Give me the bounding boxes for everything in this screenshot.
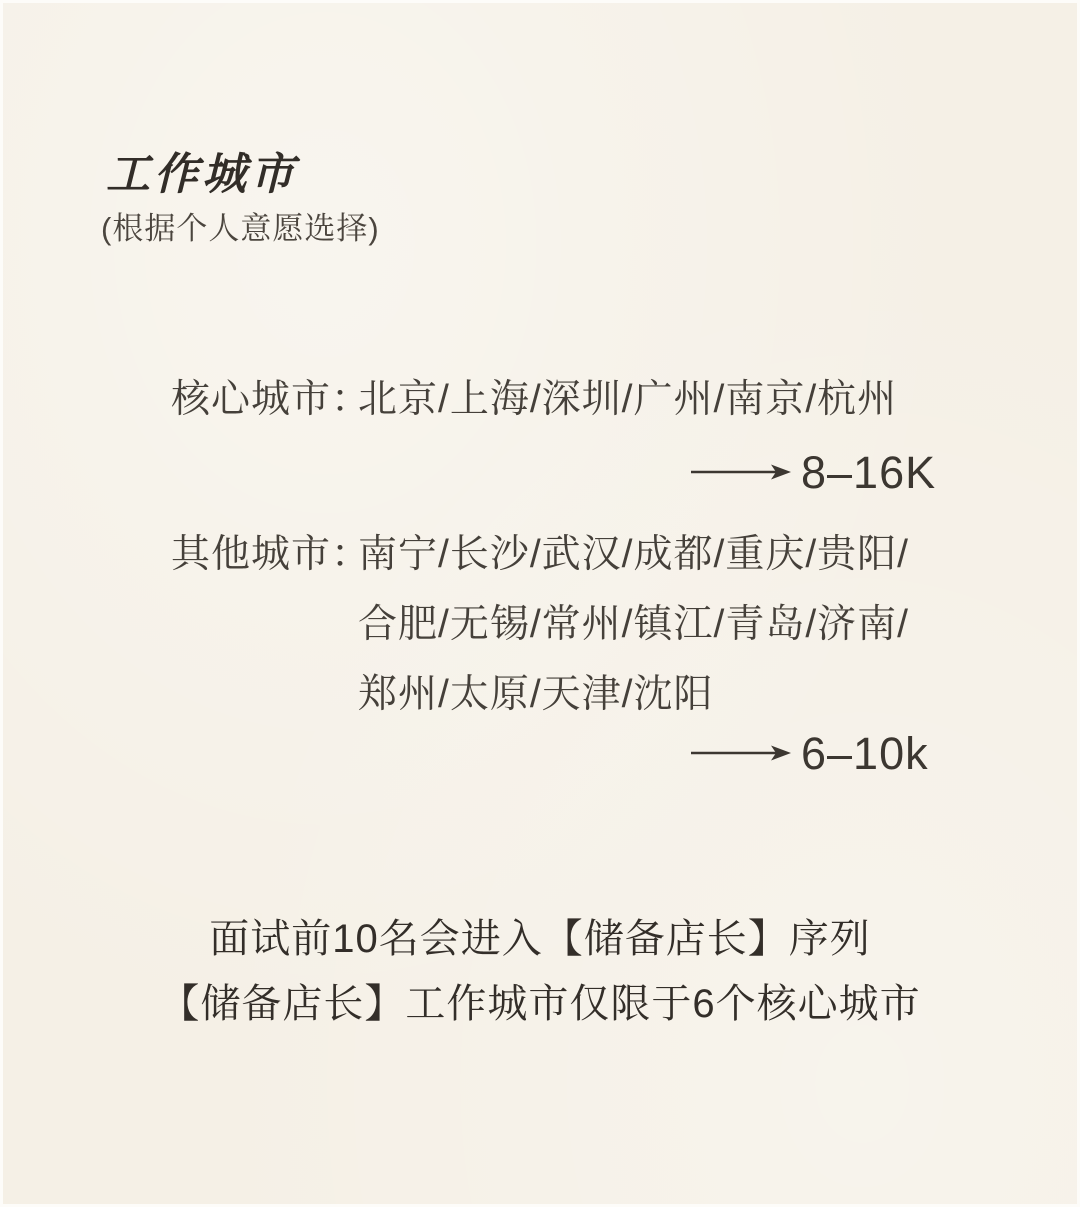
core-cities-row: 核心城市： 北京/上海/深圳/广州/南京/杭州 (171, 365, 897, 435)
other-cities-list: 南宁/长沙/武汉/成都/重庆/贵阳/ 合肥/无锡/常州/镇江/青岛/济南/ 郑州… (358, 520, 909, 730)
right-arrow-icon (691, 461, 791, 483)
other-cities-row: 其他城市： 南宁/长沙/武汉/成都/重庆/贵阳/ 合肥/无锡/常州/镇江/青岛/… (171, 520, 909, 730)
core-salary-row: 8–16K (691, 449, 936, 495)
footer-note-reserve-manager: 面试前10名会进入【储备店长】序列 (3, 915, 1077, 963)
other-cities-label: 其他城市： (171, 520, 358, 590)
other-salary-range: 6–10k (801, 731, 929, 776)
other-cities-line-3: 郑州/太原/天津/沈阳 (358, 660, 909, 730)
page-subtitle: (根据个人意愿选择) (101, 209, 380, 249)
core-salary-range: 8–16K (801, 450, 936, 495)
other-salary-row: 6–10k (691, 730, 929, 776)
other-cities-line-1: 南宁/长沙/武汉/成都/重庆/贵阳/ (358, 520, 909, 590)
footer-note-city-restriction: 【储备店长】工作城市仅限于6个核心城市 (3, 980, 1077, 1028)
other-cities-line-2: 合肥/无锡/常州/镇江/青岛/济南/ (358, 590, 909, 660)
core-cities-label: 核心城市： (171, 365, 358, 435)
core-cities-list: 北京/上海/深圳/广州/南京/杭州 (358, 365, 897, 435)
right-arrow-icon (691, 742, 791, 764)
page-title: 工作城市 (106, 151, 298, 199)
job-cities-poster: 工作城市 (根据个人意愿选择) 核心城市： 北京/上海/深圳/广州/南京/杭州 … (0, 0, 1080, 1207)
